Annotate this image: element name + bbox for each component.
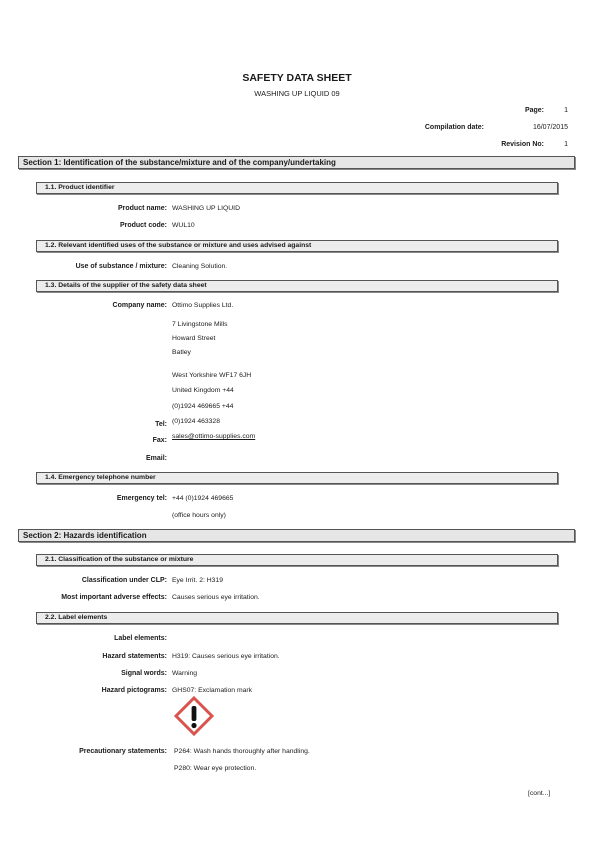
company-address-line: (0)1924 469665 +44 [172,403,233,410]
compilation-date-value: 16/07/2015 [533,124,568,131]
emergency-tel-label: Emergency tel: [117,495,167,502]
continued-marker: [cont...] [528,790,550,797]
section-2-header: Section 2: Hazards identification [18,529,575,542]
use-label: Use of substance / mixture: [76,263,167,270]
subsection-1-3-header: 1.3. Details of the supplier of the safe… [36,280,558,292]
company-address-line: (0)1924 463328 [172,418,220,425]
hazard-pictograms-value: GHS07: Exclamation mark [172,687,252,694]
page-label: Page: [525,107,544,114]
tel-label: Tel: [155,421,167,428]
revision-value: 1 [564,141,568,148]
subsection-1-4-header: 1.4. Emergency telephone number [36,472,558,484]
product-code-value: WUL10 [172,222,195,229]
document-title: SAFETY DATA SHEET [0,72,594,84]
clp-classification-value: Eye Irrit. 2: H319 [172,577,223,584]
emergency-tel-value: +44 (0)1924 469665 [172,495,233,502]
adverse-effects-value: Causes serious eye irritation. [172,594,260,601]
company-address-line: West Yorkshire WF17 6JH [172,372,251,379]
precautionary-statement: P280: Wear eye protection. [174,765,256,772]
signal-words-label: Signal words: [121,670,167,677]
hazard-statements-label: Hazard statements: [102,653,167,660]
hazard-statements-value: H319: Causes serious eye irritation. [172,653,280,660]
product-name-label: Product name: [118,205,167,212]
company-address-line: 7 Livingstone Mills [172,321,228,328]
subsection-1-1-header: 1.1. Product identifier [36,182,558,194]
product-code-label: Product code: [120,222,167,229]
compilation-date-label: Compilation date: [425,124,484,131]
signal-words-value: Warning [172,670,197,677]
subsection-2-2-header: 2.2. Label elements [36,612,558,624]
clp-classification-label: Classification under CLP: [82,577,167,584]
fax-label: Fax: [153,437,167,444]
company-address-line: Batley [172,349,191,356]
product-name-value: WASHING UP LIQUID [172,205,240,212]
revision-label: Revision No: [501,141,544,148]
hazard-pictograms-label: Hazard pictograms: [102,687,167,694]
use-value: Cleaning Solution. [172,263,227,270]
precautionary-statements-label: Precautionary statements: [79,748,167,755]
precautionary-statement: P264: Wash hands thoroughly after handli… [174,748,310,755]
page-value: 1 [564,107,568,114]
emergency-tel-note: (office hours only) [172,512,226,519]
document-subtitle: WASHING UP LIQUID 09 [0,89,594,98]
company-address-line: United Kingdom +44 [172,387,234,394]
subsection-2-1-header: 2.1. Classification of the substance or … [36,554,558,566]
ghs07-exclamation-mark-icon [174,696,214,736]
label-elements-label: Label elements: [114,635,167,642]
email-label: Email: [146,455,167,462]
section-1-header: Section 1: Identification of the substan… [18,156,575,169]
subsection-1-2-header: 1.2. Relevant identified uses of the sub… [36,240,558,252]
adverse-effects-label: Most important adverse effects: [61,594,167,601]
company-address-line: Ottimo Supplies Ltd. [172,302,233,309]
company-address-line: Howard Street [172,335,215,342]
company-name-label: Company name: [113,302,167,309]
email-link[interactable]: sales@ottimo-supplies.com [172,433,255,440]
